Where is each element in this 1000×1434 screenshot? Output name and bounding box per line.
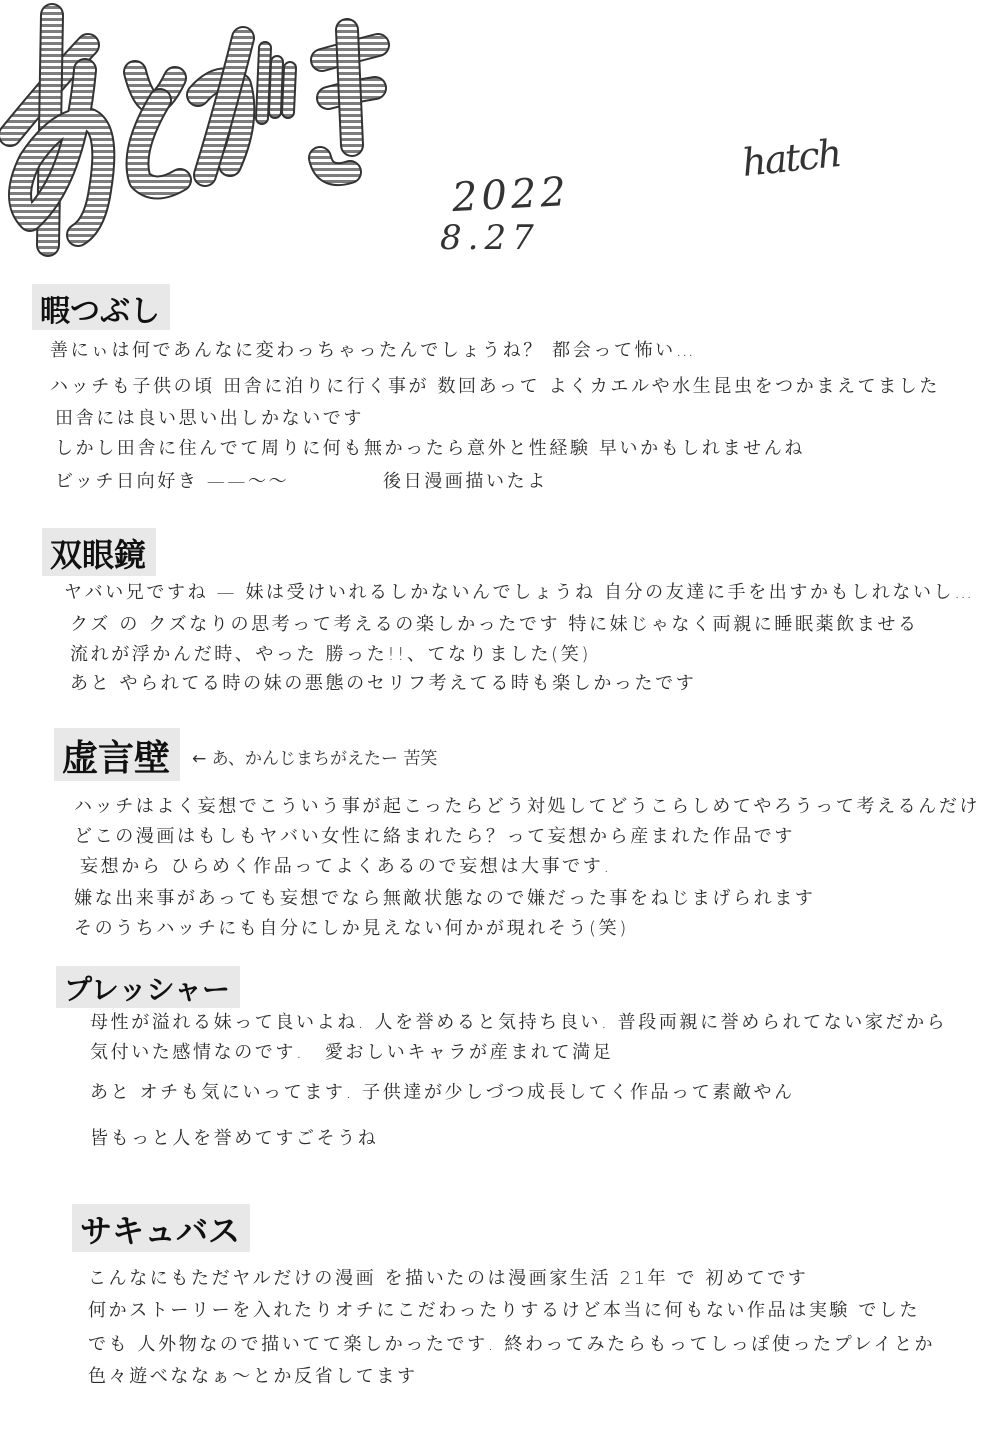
author-signature: hatch [740, 131, 842, 185]
text-line: 気付いた感情なのです. 愛おしいキャラが産まれて満足 [90, 1038, 613, 1064]
text-line: 田舎には良い思い出しかないです [55, 404, 364, 430]
date-year: 2022 [451, 169, 571, 221]
section-heading: 双眼鏡 [42, 528, 156, 576]
text-line: ビッチ日向好き ——～～ [55, 467, 289, 493]
heading-note: ← あ、かんじまちがえたー 苦笑 [192, 744, 437, 769]
text-line: クズ の クズなりの思考って考えるの楽しかったです 特に妹じゃなく両親に睡眠薬飲… [70, 610, 919, 636]
text-line: 後日漫画描いたよ [383, 467, 548, 493]
text-line: しかし田舎に住んでて周りに何も無かったら意外と性経験 早いかもしれませんね [55, 434, 805, 460]
title-char-to [135, 72, 180, 188]
section-heading: サキュバス [72, 1204, 250, 1252]
text-line: こんなにもただヤルだけの漫画 を描いたのは漫画家生活 21年 で 初めてです [88, 1264, 808, 1290]
section-heading: 暇つぶし [32, 284, 170, 330]
text-line: 何かストーリーを入れたりオチにこだわったりするけど本当に何もない作品は実験 でし… [88, 1296, 920, 1322]
text-line: 色々遊べななぁ～とか反省してます [88, 1362, 418, 1388]
text-line: どこの漫画はもしもヤバい女性に絡まれたら？って妄想から産まれた作品です [74, 822, 795, 848]
text-line: ヤバい兄ですね — 妹は受けいれるしかないんでしょうね 自分の友達に手を出すかも… [64, 578, 975, 604]
title-char-a [10, 15, 103, 245]
text-line: 嫌な出来事があっても妄想でなら無敵状態なので嫌だった事をねじまげられます [74, 884, 815, 910]
text-line: あと オチも気にいってます. 子供達が少しづつ成長してく作品って素敵やん [90, 1078, 795, 1104]
text-line: 妄想から ひらめく作品ってよくあるので妄想は大事です. [80, 852, 612, 878]
text-line: あと やられてる時の妹の悪態のセリフ考えてる時も楽しかったです [70, 669, 696, 695]
title-char-ga [198, 38, 290, 175]
section-heading: 虚言壁 [54, 728, 180, 781]
text-line: 皆もっと人を誉めてすごそうね [90, 1124, 378, 1150]
text-line: 母性が溢れる妹って良いよね. 人を誉めると気持ち良い. 普段両親に誉められてない… [90, 1008, 947, 1034]
title-artwork [0, 0, 760, 270]
text-line: そのうちハッチにも自分にしか見えない何かが現れそう(笑) [74, 914, 629, 940]
text-line: でも 人外物なので描いてて楽しかったです. 終わってみたらもってしっぽ使ったプレ… [88, 1330, 935, 1356]
text-line: ハッチも子供の頃 田舎に泊りに行く事が 数回あって よくカエルや水生昆虫をつかま… [50, 372, 940, 398]
section-heading: プレッシャー [56, 966, 240, 1008]
title-char-ki [320, 30, 378, 174]
text-line: ハッチはよく妄想でこういう事が起こったらどう対処してどうこらしめてやろうって考え… [74, 792, 980, 818]
date-month-day: 8.27 [440, 218, 540, 258]
text-line: 流れが浮かんだ時、やった 勝った!!、てなりました(笑) [70, 640, 591, 666]
text-line: 善にぃは何であんなに変わっちゃったんでしょうね？ 都会って怖い… [50, 336, 696, 362]
